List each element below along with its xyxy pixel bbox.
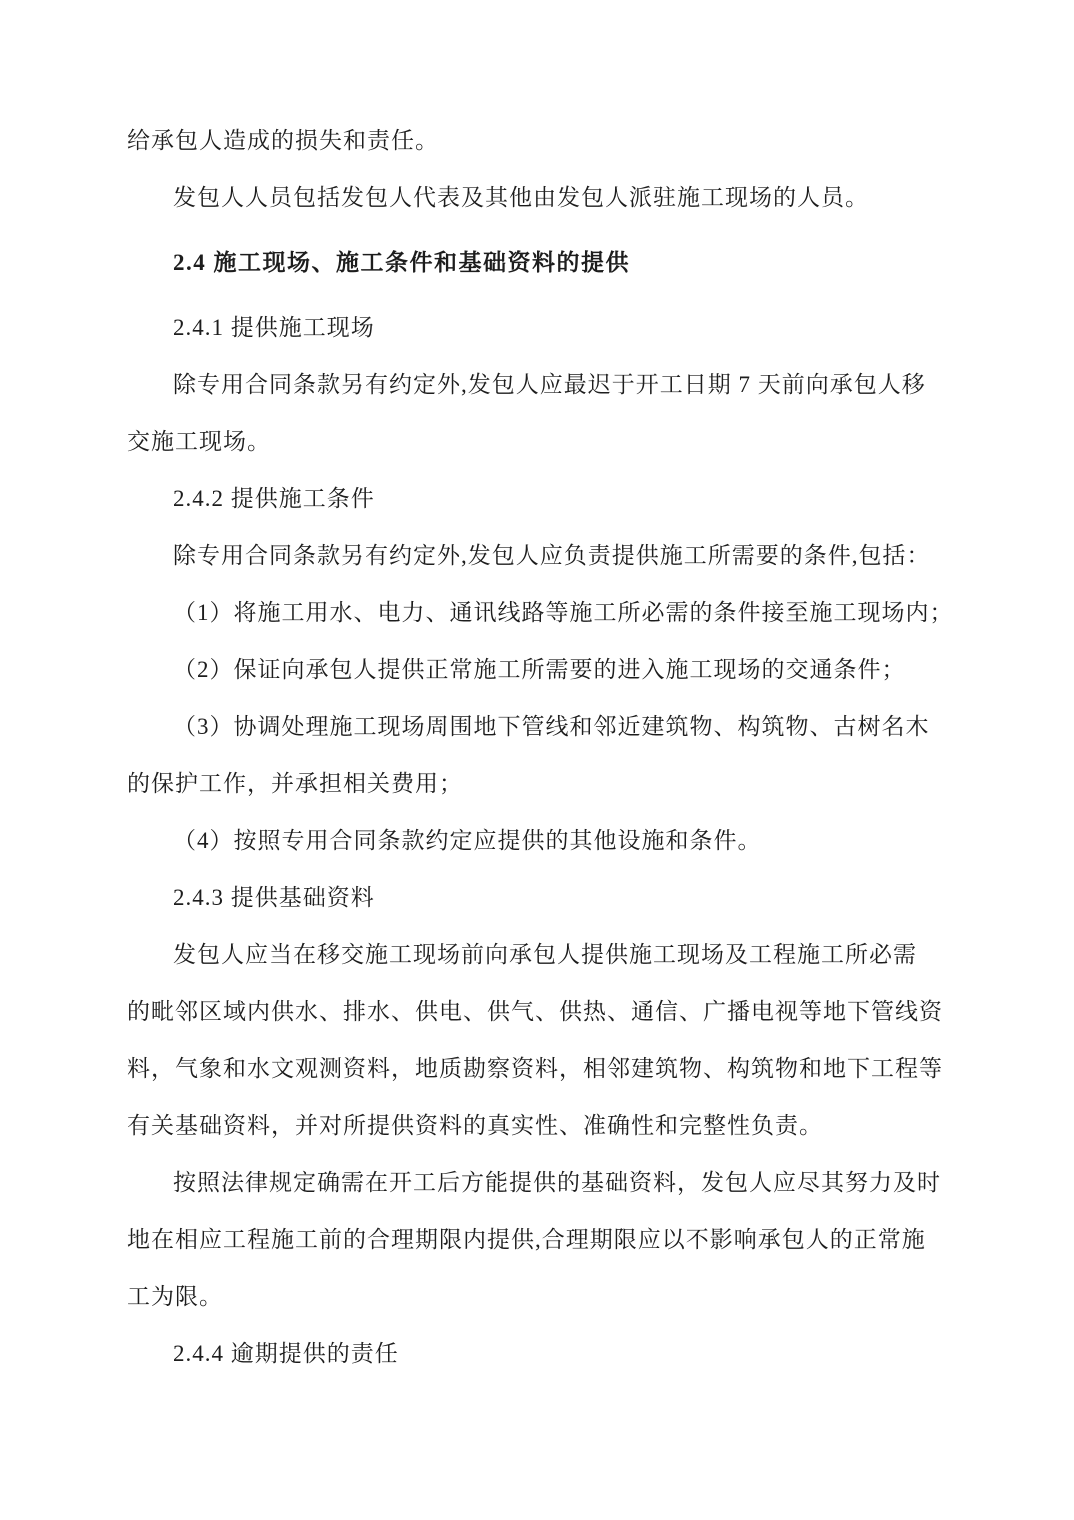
paragraph-6: 2.4.2 提供施工条件 bbox=[127, 470, 977, 527]
paragraph-1: 给承包人造成的损失和责任。 bbox=[127, 112, 977, 169]
paragraph-12: 2.4.3 提供基础资料 bbox=[127, 869, 977, 926]
paragraph-4: 2.4.1 提供施工现场 bbox=[127, 299, 977, 356]
paragraph-2: 发包人人员包括发包人代表及其他由发包人派驻施工现场的人员。 bbox=[127, 169, 977, 226]
paragraph-11: （4）按照专用合同条款约定应提供的其他设施和条件。 bbox=[127, 812, 977, 869]
paragraph-15: 2.4.4 逾期提供的责任 bbox=[127, 1325, 977, 1382]
paragraph-13: 发包人应当在移交施工现场前向承包人提供施工现场及工程施工所必需 的毗邻区域内供水… bbox=[127, 926, 977, 1154]
paragraph-10: （3）协调处理施工现场周围地下管线和邻近建筑物、构筑物、古树名木 的保护工作，并… bbox=[127, 698, 977, 812]
document-body: 给承包人造成的损失和责任。发包人人员包括发包人代表及其他由发包人派驻施工现场的人… bbox=[127, 112, 977, 1382]
paragraph-7: 除专用合同条款另有约定外,发包人应负责提供施工所需要的条件,包括： bbox=[127, 527, 977, 584]
section-heading: 2.4 施工现场、施工条件和基础资料的提供 bbox=[127, 234, 977, 291]
document-page: 给承包人造成的损失和责任。发包人人员包括发包人代表及其他由发包人派驻施工现场的人… bbox=[0, 0, 1074, 1520]
paragraph-5: 除专用合同条款另有约定外,发包人应最迟于开工日期 7 天前向承包人移 交施工现场… bbox=[127, 356, 977, 470]
paragraph-8: （1）将施工用水、电力、通讯线路等施工所必需的条件接至施工现场内； bbox=[127, 584, 977, 641]
paragraph-9: （2）保证向承包人提供正常施工所需要的进入施工现场的交通条件； bbox=[127, 641, 977, 698]
paragraph-14: 按照法律规定确需在开工后方能提供的基础资料，发包人应尽其努力及时 地在相应工程施… bbox=[127, 1154, 977, 1325]
